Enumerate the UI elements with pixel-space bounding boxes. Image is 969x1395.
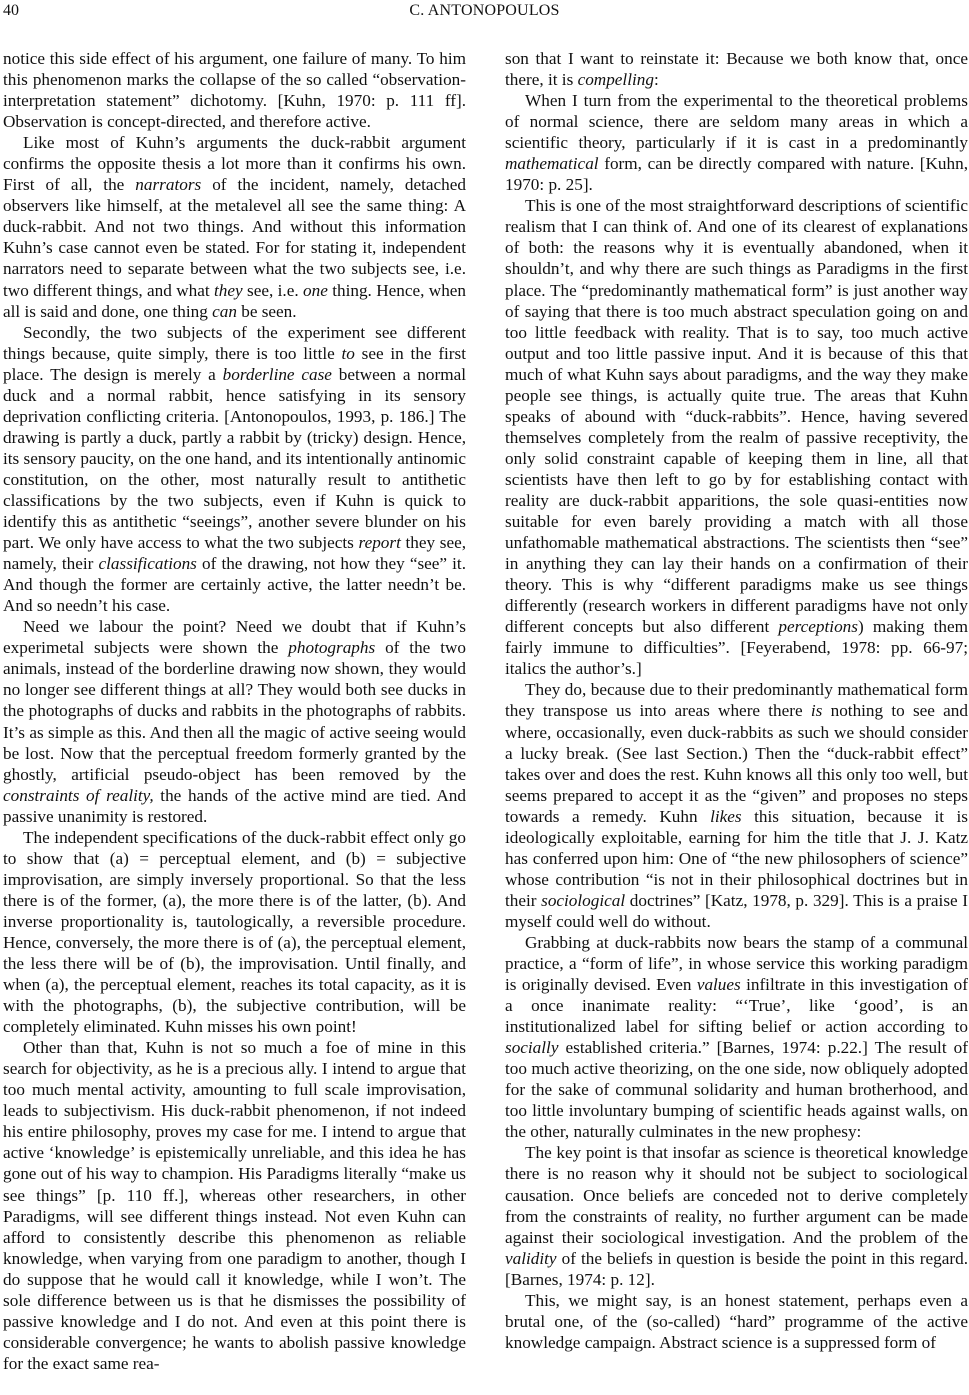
- paragraph: This, we might say, is an honest stateme…: [505, 1290, 968, 1353]
- italic-text: borderline case: [223, 365, 332, 384]
- left-column: notice this side effect of his argument,…: [3, 48, 466, 1374]
- italic-text: narrators: [135, 175, 201, 194]
- italic-text: values: [697, 975, 741, 994]
- italic-text: perceptions: [778, 617, 858, 636]
- italic-text: classifications: [99, 554, 197, 573]
- text-run: established criteria.” [Barnes, 1974: p.…: [505, 1038, 968, 1141]
- paragraph: Other than that, Kuhn is not so much a f…: [3, 1037, 466, 1374]
- paragraph: The independent specifications of the du…: [3, 827, 466, 1037]
- italic-text: sociological: [541, 891, 625, 910]
- block-quote: The key point is that insofar as science…: [505, 1142, 968, 1289]
- text-run: see, i.e.: [243, 281, 303, 300]
- paragraph: They do, because due to their predominan…: [505, 679, 968, 932]
- italic-text: to: [342, 344, 355, 363]
- text-run: notice this side effect of his argument,…: [3, 49, 466, 131]
- italic-text: mathematical: [505, 154, 599, 173]
- paragraph: Grabbing at duck-rabbits now bears the s…: [505, 932, 968, 1142]
- text-run: son that I want to reinstate it: Because…: [505, 49, 968, 89]
- italic-text: socially: [505, 1038, 558, 1057]
- paragraph: Need we labour the point? Need we doubt …: [3, 616, 466, 826]
- italic-text: can: [212, 302, 237, 321]
- italic-text: likes: [710, 807, 742, 826]
- text-run: This, we might say, is an honest stateme…: [505, 1291, 968, 1352]
- text-run: between a normal duck and a normal rabbi…: [3, 365, 466, 552]
- paragraph: Secondly, the two subjects of the experi…: [3, 322, 466, 617]
- text-run: The key point is that insofar as science…: [505, 1143, 968, 1246]
- running-head: 40 C. ANTONOPOULOS: [0, 0, 969, 24]
- italic-text: one: [303, 281, 328, 300]
- paragraph: notice this side effect of his argument,…: [3, 48, 466, 132]
- text-run: The independent specifications of the du…: [3, 828, 466, 1036]
- italic-text: constraints of reality,: [3, 786, 154, 805]
- block-quote: When I turn from the experimental to the…: [505, 90, 968, 195]
- running-title: C. ANTONOPOULOS: [0, 2, 969, 20]
- italic-text: photographs: [288, 638, 375, 657]
- text-run: :: [654, 70, 659, 89]
- text-run: of the beliefs in question is beside the…: [505, 1249, 968, 1289]
- italic-text: compelling: [578, 70, 654, 89]
- right-column: son that I want to reinstate it: Because…: [505, 48, 968, 1353]
- text-run: be seen.: [237, 302, 297, 321]
- text-run: When I turn from the experimental to the…: [505, 91, 968, 152]
- paragraph: son that I want to reinstate it: Because…: [505, 48, 968, 90]
- italic-text: report: [359, 533, 401, 552]
- text-run: of the two animals, instead of the borde…: [3, 638, 466, 783]
- italic-text: they: [214, 281, 243, 300]
- italic-text: validity: [505, 1249, 557, 1268]
- paragraph: Like most of Kuhn’s arguments the duck-r…: [3, 132, 466, 321]
- paragraph: This is one of the most straightforward …: [505, 195, 968, 679]
- text-run: This is one of the most straightforward …: [505, 196, 968, 636]
- text-run: Other than that, Kuhn is not so much a f…: [3, 1038, 466, 1373]
- italic-text: is: [811, 701, 822, 720]
